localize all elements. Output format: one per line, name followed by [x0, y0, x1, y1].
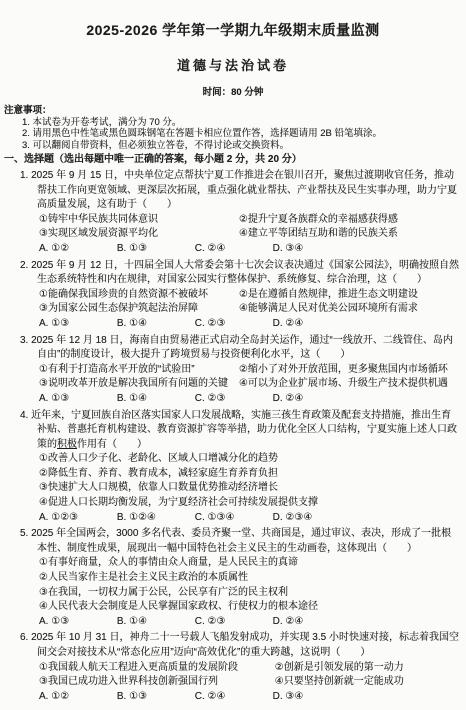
question-5: 5. 2025 年全国两会，3000 多名代表、委员齐聚一堂、共商国是，通过审议…: [20, 527, 460, 629]
choice-c: C. ②④: [195, 690, 273, 705]
question-sub-options: ①我国载人航天工程进入更高质量的发展阶段②创新是引领发展的第一动力 ③我国已成功…: [20, 661, 460, 690]
sub-option-3: ③我国已成功进入世界科技创新强国行列: [39, 675, 275, 690]
exam-paper-page: 2025-2026 学年第一学期九年级期末质量监测 道德与法治试卷 时间：80 …: [0, 0, 466, 710]
stem-text: 作用有（ ）: [77, 439, 147, 450]
choice-d: D. ②③④: [273, 511, 351, 526]
option-row: ②人民当家作主是社会主义民主政治的本质属性: [39, 571, 460, 586]
sub-option-2: ②提升宁夏各族群众的幸福感获得感: [239, 213, 439, 228]
sub-option-1: ①铸牢中华民族共同体意识: [39, 213, 239, 228]
choice-a: A. ①③: [39, 392, 117, 407]
question-6: 6. 2025 年 10 月 31 日，神舟二十一号载人飞船发射成功，并实现 3…: [20, 631, 460, 704]
sub-option-2: ②创新是引领发展的第一动力: [275, 661, 466, 676]
question-1: 1. 2025 年 9 月 15 日，中央单位定点帮扶宁夏工作推进会在银川召开，…: [20, 169, 460, 257]
answer-choices: A. ①③B. ①④C. ②③D. ②④: [20, 615, 460, 630]
notice-item-2: 2. 请用黑色中性笔或黑色圆珠钢笔在答题卡相应位置作答，选择题请用 2B 铅笔填…: [4, 128, 458, 140]
sub-option-3: ③说明改革开放是解决我国所有问题的关键: [39, 377, 239, 392]
sub-option-1: ①我国载人航天工程进入更高质量的发展阶段: [39, 661, 275, 676]
choice-a: A. ①②: [39, 242, 117, 257]
choice-c: C. ②④: [195, 242, 273, 257]
answer-choices: A. ①②B. ①③C. ②④D. ③④: [20, 242, 460, 257]
sub-option-1: ①有事好商量，众人的事情由众人商量，是人民民主的真谛: [39, 557, 298, 568]
option-row: ②降低生育、养育、教育成本，减轻家庭生育养育负担: [39, 467, 460, 482]
option-row: ④促进人口长期均衡发展，为宁夏经济社会可持续发展提供支撑: [39, 496, 460, 511]
notice-item-3: 3. 可以翻阅自带资料，但必须独立答卷，不得讨论或交换资料。: [4, 140, 458, 152]
choice-a: A. ①③: [39, 615, 117, 630]
paper-header: 2025-2026 学年第一学期九年级期末质量监测 道德与法治试卷 时间：80 …: [0, 0, 466, 98]
question-2: 2. 2025 年 9 月 12 日，十四届全国人大常委会第十七次会议表决通过《…: [20, 259, 460, 332]
sub-option-3: ③为国家公园生态保护筑起法治屏障: [39, 302, 239, 317]
option-row: ④人民代表大会制度是人民掌握国家政权、行使权力的根本途径: [39, 600, 460, 615]
sub-option-1: ①改善人口少子化、老龄化、区域人口增减分化的趋势: [39, 453, 278, 464]
option-row: ①我国载人航天工程进入更高质量的发展阶段②创新是引领发展的第一动力: [39, 661, 460, 676]
question-sub-options: ①有事好商量，众人的事情由众人商量，是人民民主的真谛 ②人民当家作主是社会主义民…: [20, 556, 460, 614]
question-4: 4. 近年来，宁夏回族自治区落实国家人口发展战略，实施三孩生育政策及配套支持措施…: [20, 409, 460, 526]
sub-option-2: ②降低生育、养育、教育成本，减轻家庭生育养育负担: [39, 468, 278, 479]
sub-option-4: ④能够满足人民对优美公园环境所有需求: [239, 302, 439, 317]
choice-b: B. ①④: [117, 392, 195, 407]
sub-option-1: ①有利于打造高水平开放的“试验田”: [39, 363, 239, 378]
sub-option-2: ②缩小了对外开放范围，更多聚焦国内市场循环: [239, 363, 448, 378]
choice-c: C. ①③④: [195, 511, 273, 526]
question-sub-options: ①铸牢中华民族共同体意识②提升宁夏各族群众的幸福感获得感 ③实现区域发展资源平均…: [20, 213, 460, 242]
page-title: 2025-2026 学年第一学期九年级期末质量监测: [0, 20, 466, 40]
notice-item-1: 1. 本试卷为开卷考试，满分为 70 分。: [4, 117, 458, 129]
question-sub-options: ①改善人口少子化、老龄化、区域人口增减分化的趋势 ②降低生育、养育、教育成本，减…: [20, 452, 460, 510]
answer-choices: A. ①③B. ①④C. ②③D. ②④: [20, 317, 460, 332]
question-stem: 2. 2025 年 9 月 12 日，十四届全国人大常委会第十七次会议表决通过《…: [20, 259, 460, 288]
sub-option-1: ①能确保我国珍贵的自然资源不被破坏: [39, 288, 239, 303]
question-stem: 1. 2025 年 9 月 15 日，中央单位定点帮扶宁夏工作推进会在银川召开，…: [20, 169, 460, 213]
choice-b: B. ①④: [117, 317, 195, 332]
question-stem: 6. 2025 年 10 月 31 日，神舟二十一号载人飞船发射成功，并实现 3…: [20, 631, 460, 660]
option-row: ①有事好商量，众人的事情由众人商量，是人民民主的真谛: [39, 556, 460, 571]
exam-duration: 时间：80 分钟: [0, 84, 466, 98]
sub-option-2: ②是在遵循自然规律，推进生态文明建设: [239, 288, 439, 303]
sub-option-4: ④人民代表大会制度是人民掌握国家政权、行使权力的根本途径: [39, 601, 318, 612]
choice-a: A. ①②③: [39, 511, 117, 526]
option-row: ①铸牢中华民族共同体意识②提升宁夏各族群众的幸福感获得感: [39, 213, 460, 228]
sub-option-4: ④建立平等团结互助和谐的民族关系: [239, 227, 439, 242]
choice-d: D. ②④: [273, 317, 351, 332]
notices-label: 注意事项：: [4, 105, 458, 117]
option-row: ③快速扩大人口规模，依靠人口数量优势推动经济增长: [39, 481, 460, 496]
questions-list: 1. 2025 年 9 月 15 日，中央单位定点帮扶宁夏工作推进会在银川召开，…: [0, 167, 466, 704]
question-3: 3. 2025 年 12 月 18 日，海南自由贸易港正式启动全岛封关运作，通过…: [20, 334, 460, 407]
sub-option-3: ③在我国，一切权力属于公民，公民享有广泛的民主权利: [39, 587, 288, 598]
choice-b: B. ①③: [117, 690, 195, 705]
choice-d: D. ②④: [273, 615, 351, 630]
choice-a: A. ①③: [39, 317, 117, 332]
option-row: ①能确保我国珍贵的自然资源不被破坏②是在遵循自然规律，推进生态文明建设: [39, 288, 460, 303]
sub-option-4: ④只要坚持创新就一定能成功: [275, 675, 466, 690]
section-heading-multiple-choice: 一、选择题（选出每题中唯一正确的答案，每小题 2 分，共 20 分）: [0, 151, 466, 167]
option-row: ③实现区域发展资源平均化④建立平等团结互助和谐的民族关系: [39, 227, 460, 242]
option-row: ①有利于打造高水平开放的“试验田”②缩小了对外开放范围，更多聚焦国内市场循环: [39, 363, 460, 378]
question-sub-options: ①能确保我国珍贵的自然资源不被破坏②是在遵循自然规律，推进生态文明建设 ③为国家…: [20, 288, 460, 317]
sub-option-3: ③快速扩大人口规模，依靠人口数量优势推动经济增长: [39, 482, 278, 493]
question-stem: 3. 2025 年 12 月 18 日，海南自由贸易港正式启动全岛封关运作，通过…: [20, 334, 460, 363]
option-row: ③为国家公园生态保护筑起法治屏障④能够满足人民对优美公园环境所有需求: [39, 302, 460, 317]
option-row: ③在我国，一切权力属于公民，公民享有广泛的民主权利: [39, 586, 460, 601]
notices-block: 注意事项： 1. 本试卷为开卷考试，满分为 70 分。 2. 请用黑色中性笔或黑…: [0, 105, 466, 151]
question-stem: 4. 近年来，宁夏回族自治区落实国家人口发展战略，实施三孩生育政策及配套支持措施…: [20, 409, 460, 453]
option-row: ③说明改革开放是解决我国所有问题的关键④可以为企业扩展市场、升级生产技术提供机遇: [39, 377, 460, 392]
option-row: ①改善人口少子化、老龄化、区域人口增减分化的趋势: [39, 452, 460, 467]
option-row: ③我国已成功进入世界科技创新强国行列④只要坚持创新就一定能成功: [39, 675, 460, 690]
sub-option-3: ③实现区域发展资源平均化: [39, 227, 239, 242]
sub-option-2: ②人民当家作主是社会主义民主政治的本质属性: [39, 572, 248, 583]
choice-a: A. ①②: [39, 690, 117, 705]
choice-b: B. ①②④: [117, 511, 195, 526]
sub-option-4: ④可以为企业扩展市场、升级生产技术提供机遇: [239, 377, 448, 392]
choice-b: B. ①④: [117, 615, 195, 630]
sub-option-4: ④促进人口长期均衡发展，为宁夏经济社会可持续发展提供支撑: [39, 497, 318, 508]
choice-d: D. ③④: [273, 690, 351, 705]
answer-choices: A. ①③B. ①④C. ②③D. ②④: [20, 392, 460, 407]
stem-emphasized-word: 积极: [57, 439, 77, 450]
answer-choices: A. ①②B. ①③C. ②④D. ③④: [20, 690, 460, 705]
choice-b: B. ①③: [117, 242, 195, 257]
choice-d: D. ②④: [273, 392, 351, 407]
paper-subtitle: 道德与法治试卷: [0, 55, 466, 74]
question-stem: 5. 2025 年全国两会，3000 多名代表、委员齐聚一堂、共商国是，通过审议…: [20, 527, 460, 556]
choice-c: C. ②③: [195, 392, 273, 407]
question-sub-options: ①有利于打造高水平开放的“试验田”②缩小了对外开放范围，更多聚焦国内市场循环 ③…: [20, 363, 460, 392]
answer-choices: A. ①②③B. ①②④C. ①③④D. ②③④: [20, 511, 460, 526]
choice-d: D. ③④: [273, 242, 351, 257]
choice-c: C. ②③: [195, 615, 273, 630]
choice-c: C. ②③: [195, 317, 273, 332]
